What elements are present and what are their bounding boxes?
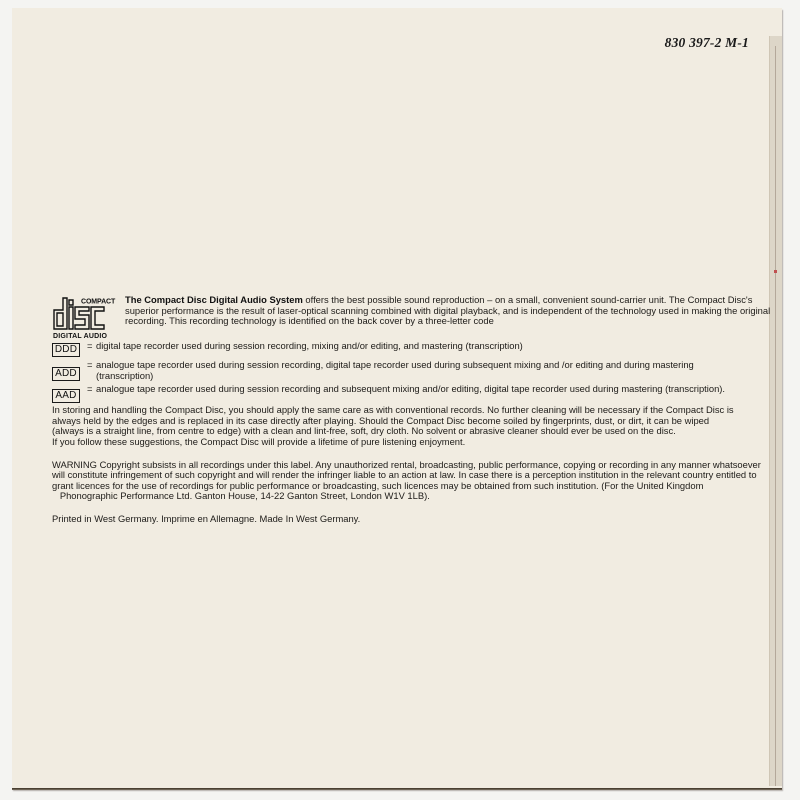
code-description: analogue tape recorder used during sessi… <box>96 384 736 395</box>
copyright-warning: WARNING Copyright subsists in all record… <box>52 460 762 502</box>
catalog-number: 830 397-2 M-1 <box>665 35 749 51</box>
svg-text:COMPACT: COMPACT <box>81 299 116 306</box>
cd-booklet-page: 830 397-2 M-1 COMPACT <box>12 8 782 789</box>
code-row-add: ADD = analogue tape recorder used during… <box>52 360 782 381</box>
code-row-ddd: DDD = digital tape recorder used during … <box>52 341 782 357</box>
intro-section: COMPACT DIGITAL AUDIO Th <box>52 295 782 339</box>
spine-color-mark <box>774 270 777 273</box>
booklet-text-block: COMPACT DIGITAL AUDIO Th <box>52 295 782 525</box>
code-row-aad: AAD = analogue tape recorder used during… <box>52 384 782 403</box>
compact-disc-logo-icon: COMPACT DIGITAL AUDIO <box>52 296 124 340</box>
recording-code-list: DDD = digital tape recorder used during … <box>52 341 782 403</box>
code-description: digital tape recorder used during sessio… <box>96 341 736 352</box>
code-badge: ADD <box>52 367 80 381</box>
intro-title: The Compact Disc Digital Audio System <box>125 294 303 305</box>
code-description: analogue tape recorder used during sessi… <box>96 360 736 381</box>
care-instructions: In storing and handling the Compact Disc… <box>52 405 742 437</box>
code-badge: AAD <box>52 389 80 403</box>
code-equals: = <box>87 341 96 352</box>
code-equals: = <box>87 384 96 395</box>
printed-in-notice: Printed in West Germany. Imprime en Alle… <box>52 514 782 525</box>
follow-suggestions-text: If you follow these suggestions, the Com… <box>52 437 782 448</box>
svg-text:DIGITAL AUDIO: DIGITAL AUDIO <box>53 333 108 340</box>
code-badge: DDD <box>52 343 80 357</box>
intro-paragraph: The Compact Disc Digital Audio System of… <box>125 295 782 327</box>
code-equals: = <box>87 360 96 371</box>
